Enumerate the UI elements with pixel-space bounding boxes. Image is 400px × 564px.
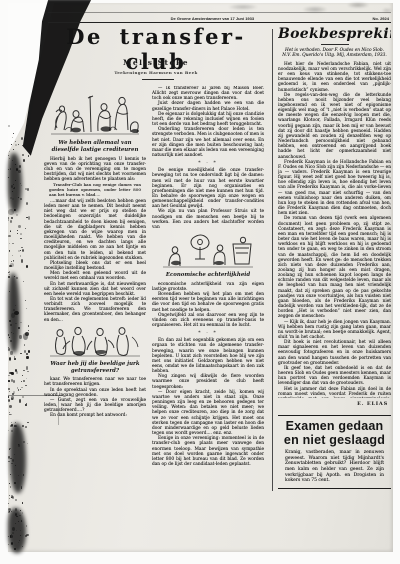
- scan-smudge: [343, 1, 373, 9]
- paragraph: De eenige moeilijkheid die onze transfer…: [152, 168, 264, 209]
- advert-mijnhardt: Examen gedaan en niet geslaagd Kranig, v…: [278, 415, 391, 489]
- paragraph: Hierbij heb ik het genoegen U kennis te …: [44, 157, 146, 183]
- cartoon-creditors-illustration: [49, 86, 141, 138]
- paragraph: — Gunst, zegt een van de vrouwelijke led…: [44, 398, 146, 413]
- paragraph: ....maar dat wij zelfs besloten hebben g…: [44, 199, 146, 261]
- article-author: Melis Stoke: [38, 58, 274, 67]
- paragraph: kaar. We transfereeren naar we naar toe …: [44, 377, 146, 387]
- paragraph: Nog zingen wij dikwijls de fiere woorden…: [152, 374, 264, 389]
- masthead: De Groene Amsterdammer van 17 Juni 1933: [171, 16, 254, 21]
- paragraph: Frederik Kaayman is de Hollandsche Fabia…: [278, 160, 391, 217]
- page-header: 4 De Groene Amsterdammer van 17 Juni 193…: [48, 12, 391, 23]
- paragraph: En dan zal het oogenblik gekomen zijn om…: [152, 338, 264, 374]
- article-column-1: We hebben allemaal van dieselfde lastige…: [44, 86, 146, 546]
- paragraph: — Door eigen kracht, zeide hij, komen wi…: [152, 390, 264, 436]
- paragraph: — Kijk ik, daar heb je dien jongen van K…: [278, 320, 391, 341]
- page-number: 4: [50, 16, 52, 21]
- cartoon-professor-illustration: [159, 230, 257, 270]
- paragraph: We zijn nu van plan Professor Struis uit…: [152, 209, 264, 230]
- book-citation: Het is verboden. Door F. Oudes en Nico S…: [281, 48, 388, 59]
- scan-smudge: [223, 3, 263, 11]
- paragraph: De regels-van-den-weg die de letterkunde…: [278, 93, 391, 160]
- book-review-section: Boekbespreking Het is verboden. Door F. …: [278, 26, 391, 398]
- cartoon-dress-illustration: [48, 323, 142, 359]
- review-section-title: Boekbespreking: [278, 26, 391, 42]
- column-divider: [272, 29, 273, 491]
- paragraph: En dan komt prompt het antwoord:: [44, 413, 146, 418]
- advert-title-line1: Examen gedaan: [279, 420, 390, 434]
- article-illustrator-credit: Teekeningen Harmsen van Beek: [38, 70, 274, 75]
- paragraph: Dit boek is niet revolutionnair, het wil…: [278, 340, 391, 366]
- paragraph: Ik geef toe, dat het onbedoeld is en dat…: [278, 366, 391, 387]
- paragraph: Transfer-Club kan nog eenige dames van g…: [49, 183, 141, 198]
- paragraph: Ongetwijfeld zal ons daarvoor een weg zi…: [152, 313, 264, 328]
- paragraph: Het hier de Nederlandsche Fabian, niet u…: [278, 62, 391, 93]
- paragraph: Bovendien hebben wij het plan om met den…: [152, 292, 264, 313]
- paragraph: En tot wat de reglementen betreft: ieder…: [44, 297, 146, 323]
- paragraph: Eenige in onze vereeniging: momenteel is…: [152, 436, 264, 467]
- title-rule: [142, 79, 174, 80]
- advert-title-line2: en niet geslaagd: [279, 434, 390, 448]
- scan-noise-strip: [8, 123, 34, 548]
- review-title-rule: [321, 44, 349, 45]
- asterism-separator: * · *: [152, 160, 264, 166]
- paragraph: Men bedoelt een geleend woord uit de wer…: [44, 271, 146, 281]
- paragraph: En het merkwaardige is, dat nieuwelingen…: [44, 282, 146, 297]
- paragraph: Juist dezer dagen hadden we een van die …: [152, 101, 264, 111]
- advert-title: Examen gedaan en niet geslaagd: [279, 420, 390, 447]
- paragraph: Het is jammer dat deze Fabian zijn doel …: [278, 387, 391, 398]
- newspaper-page: 4 De Groene Amsterdammer van 17 Juni 193…: [8, 3, 393, 552]
- asterism-separator: * · *: [152, 330, 264, 336]
- paragraph: De eigenaar is dolgelukkig dat hij onze …: [152, 112, 264, 127]
- paragraph: Plotseling bleek ons dat er een heel moe…: [44, 261, 146, 271]
- caption-dress: Waar heb jij die beeldige jurk getransfe…: [48, 361, 142, 375]
- issue-number: No. 2924: [373, 16, 389, 21]
- paragraph: In de spreektaal van onze leden heeft he…: [44, 388, 146, 398]
- caption-economic-backwardness: Economische achterlijkheid: [156, 272, 260, 279]
- paragraph: — Ik transfereer al jaren bij Maison Boe…: [152, 86, 264, 101]
- advert-body: Kranig, vastberaden, maar in zenuwen gew…: [279, 450, 390, 484]
- paragraph: economische achterlijkheid van zijn eige…: [152, 282, 264, 292]
- paragraph: Onderling transfereeren door leden is te…: [152, 127, 264, 158]
- reviewer-signature: E. ELIAS: [278, 401, 388, 407]
- paragraph: De roman van dezen tijd (werk een algeme…: [278, 216, 391, 319]
- caption-creditors: We hebben allemaal van dieselfde lastige…: [48, 140, 142, 154]
- article-column-2: — Ik transfereer al jaren bij Maison Boe…: [152, 86, 264, 552]
